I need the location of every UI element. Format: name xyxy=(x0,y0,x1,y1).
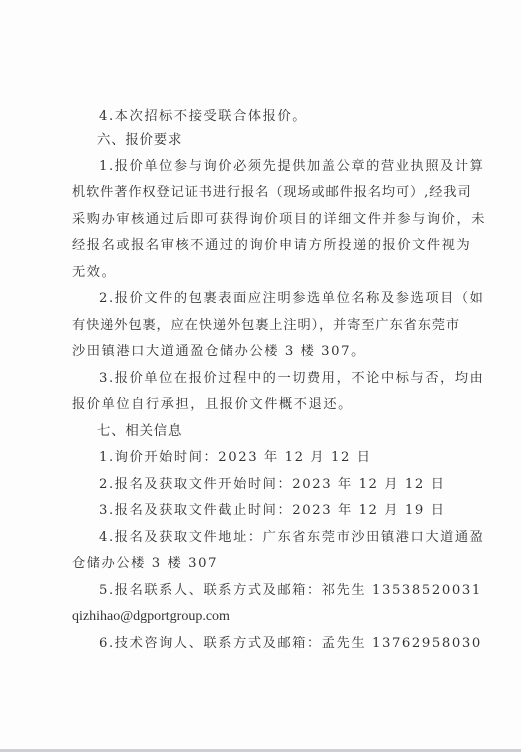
info-registration-end-time: 3.报名及获取文件截止时间：2023 年 12 月 19 日 xyxy=(99,500,460,522)
paragraph-line: 报价单位自行承担，且报价文件概不退还。 xyxy=(72,394,460,416)
paragraph-line: 无效。 xyxy=(72,262,460,284)
paragraph-line: 有快递外包裹，应在快递外包裹上注明），并寄至广东省东莞市 xyxy=(72,315,460,337)
section-heading-quote-requirements: 六、报价要求 xyxy=(97,130,485,152)
info-registration-address: 4.报名及获取文件地址：广东省东莞市沙田镇港口大道通盈 xyxy=(99,527,460,549)
paragraph-line: 机软件著作权登记证书进行报名（现场或邮件报名均可）,经我司 xyxy=(72,182,460,204)
paragraph-line: 2.报价文件的包裹表面应注明参选单位名称及参选项目（如 xyxy=(99,288,460,310)
document-page: 4.本次招标不接受联合体报价。 六、报价要求 1.报价单位参与询价必须先提供加盖… xyxy=(0,0,521,749)
paragraph-line: 经报名或报名审核不通过的询价申请方所投递的报价文件视为 xyxy=(72,235,460,257)
info-registration-address-cont: 仓储办公楼 3 楼 307 xyxy=(72,553,460,575)
info-registration-contact: 5.报名联系人、联系方式及邮箱：祁先生 13538520031 xyxy=(99,580,460,602)
info-inquiry-start-time: 1.询价开始时间：2023 年 12 月 12 日 xyxy=(99,447,460,469)
paragraph-line: 沙田镇港口大道通盈仓储办公楼 3 楼 307。 xyxy=(72,341,460,363)
paragraph-line: 3.报价单位在报价过程中的一切费用，不论中标与否，均由 xyxy=(99,368,460,390)
paragraph-line: 采购办审核通过后即可获得询价项目的详细文件并参与询价，未 xyxy=(72,209,460,231)
section-heading-related-info: 七、相关信息 xyxy=(97,421,485,443)
info-tech-contact: 6.技术咨询人、联系方式及邮箱：孟先生 13762958030 xyxy=(99,633,460,655)
registration-email-link[interactable]: qizhihao@dgportgroup.com xyxy=(72,606,460,628)
paragraph-line: 1.报价单位参与询价必须先提供加盖公章的营业执照及计算 xyxy=(99,156,460,178)
item-4-no-consortium: 4.本次招标不接受联合体报价。 xyxy=(99,106,460,128)
info-registration-start-time: 2.报名及获取文件开始时间：2023 年 12 月 12 日 xyxy=(99,474,460,496)
